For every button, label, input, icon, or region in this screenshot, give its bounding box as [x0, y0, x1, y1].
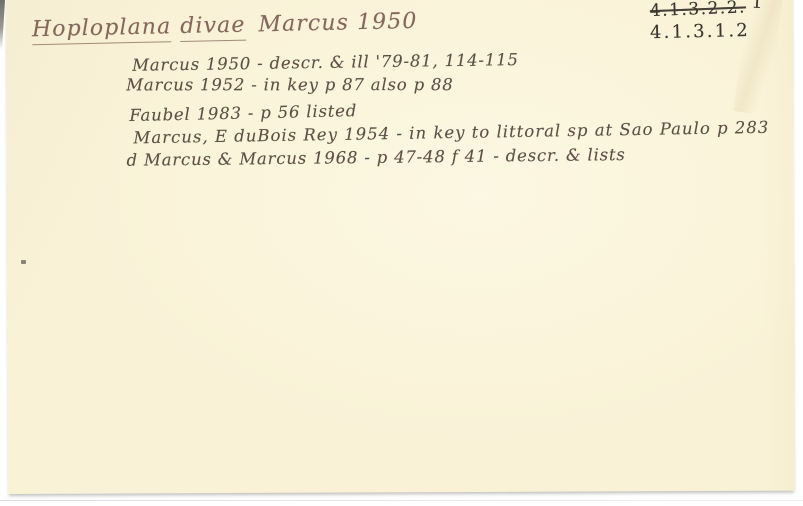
scanned-index-card-page: { "page": { "background": "#ffffff" }, "…: [0, 0, 803, 506]
reference-list: Marcus 1950 - descr. & ill '79-81, 114-1…: [126, 48, 769, 171]
species-epithet: divae: [180, 13, 246, 42]
catalog-number-block: 4.1.3.2.2.1 4.1.3.1.2: [650, 0, 765, 42]
scan-edge-artifact: [0, 0, 5, 50]
catalog-number-suffix: 1: [751, 0, 765, 13]
scan-bottom-line: [0, 500, 803, 501]
index-card: HoploplanadivaeMarcus 1950 4.1.3.2.2.1 4…: [6, 0, 795, 494]
genus-name: Hoploplana: [32, 14, 172, 45]
species-authority: Marcus 1950: [258, 9, 418, 37]
catalog-number-current: 4.1.3.1.2: [650, 20, 765, 43]
ink-speck-artifact: [21, 260, 26, 264]
catalog-number-old: 4.1.3.2.2.1: [650, 0, 765, 21]
species-heading: HoploplanadivaeMarcus 1950: [32, 9, 418, 45]
catalog-number-struck: 4.1.3.2.2.: [650, 0, 747, 21]
